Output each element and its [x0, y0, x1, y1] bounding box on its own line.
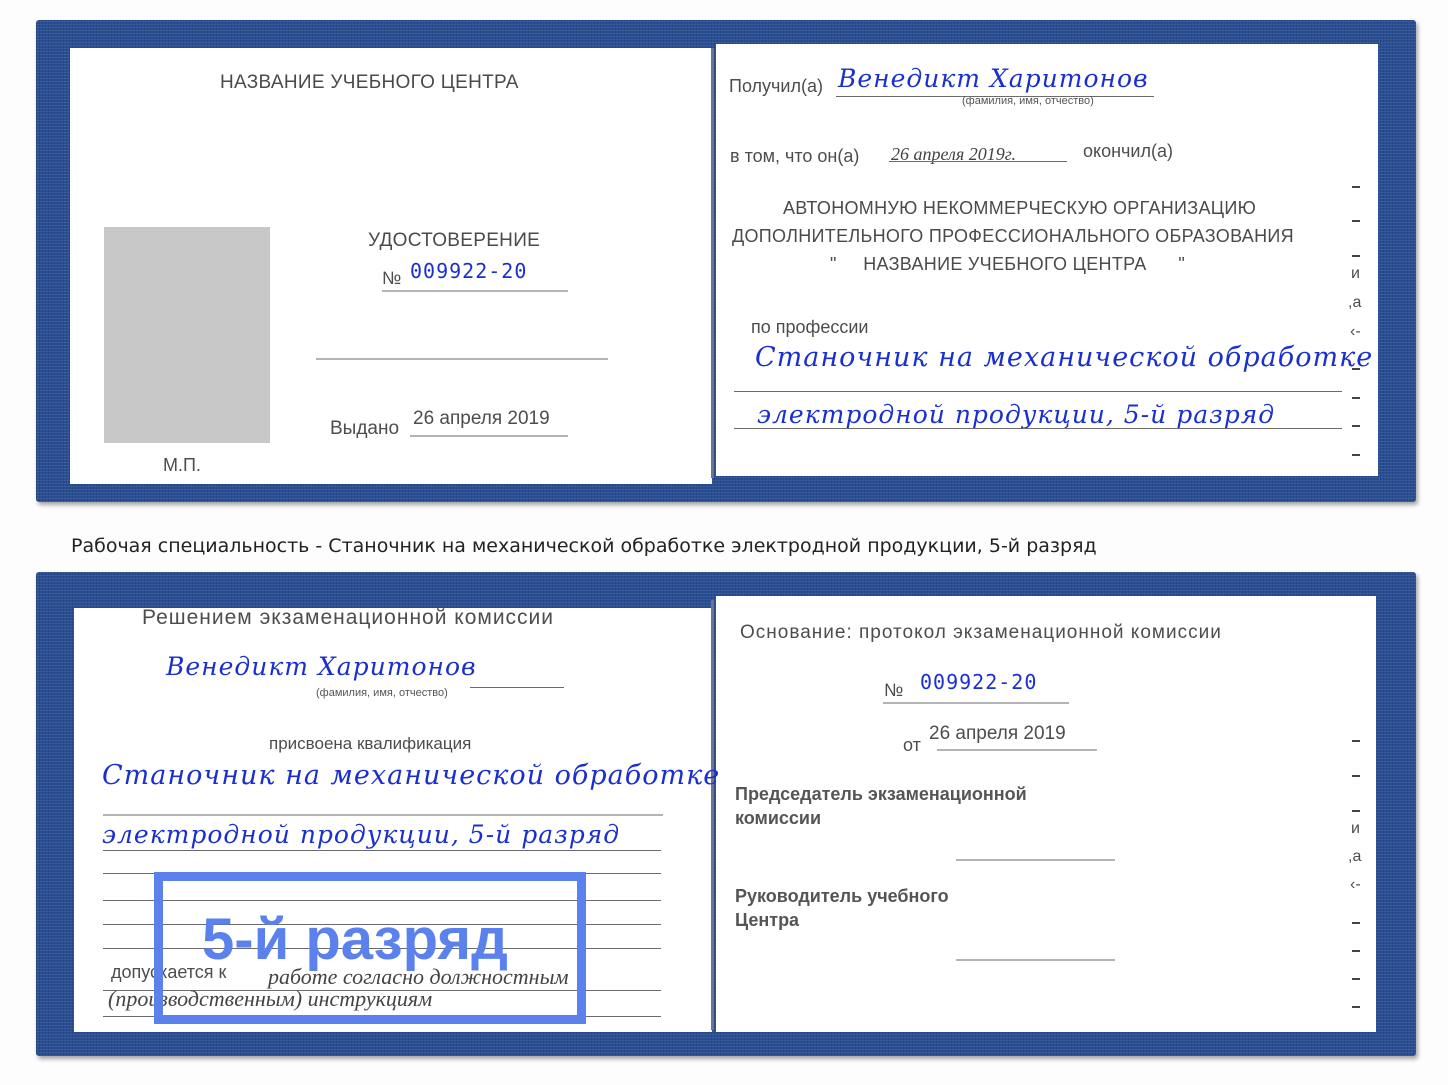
recipient-name: Венедикт Харитонов: [838, 64, 1149, 93]
edge-mark: [1352, 454, 1360, 456]
org-line-3: " НАЗВАНИЕ УЧЕБНОГО ЦЕНТРА ": [830, 254, 1185, 275]
grade-stamp-text: 5-й разряд: [202, 906, 508, 973]
edge-mark: [1352, 775, 1360, 777]
protocol-date: 26 апреля 2019: [929, 723, 1066, 745]
edge-mark: [1352, 922, 1360, 924]
edge-mark: [1352, 950, 1360, 952]
protocol-number-sign: №: [884, 680, 903, 701]
protocol-date-underline: [937, 749, 1097, 751]
qualification-line-1: Станочник на механической обработке: [102, 760, 720, 791]
name-hint: (фамилия, имя, отчество): [962, 95, 1094, 107]
certificate-number: 009922-20: [410, 259, 527, 283]
recipient-underline-2: [470, 687, 564, 688]
photo-placeholder: [104, 227, 270, 443]
received-label: Получил(а): [729, 76, 823, 97]
head-label-1: Руководитель учебного: [735, 886, 949, 907]
issued-underline: [410, 435, 568, 437]
qualification-line-2: электродной продукции, 5-й разряд: [102, 820, 620, 849]
edge-mark: [1352, 1006, 1360, 1008]
issued-label: Выдано: [330, 418, 399, 440]
edge-letter: ‹-: [1350, 323, 1361, 341]
completed-date-underline: [889, 161, 1067, 162]
edge-mark: [1352, 397, 1360, 399]
ruled-line: [103, 850, 661, 851]
head-label-2: Центра: [735, 910, 799, 931]
specialty-caption: Рабочая специальность - Станочник на мех…: [71, 532, 1101, 560]
protocol-number-underline: [883, 702, 1069, 704]
basis-title: Основание: протокол экзаменационной коми…: [740, 622, 1222, 644]
number-underline: [382, 290, 568, 292]
edge-mark: [1352, 186, 1360, 188]
edge-mark: [1352, 425, 1360, 427]
profession-label: по профессии: [751, 317, 868, 338]
edge-letter: и: [1351, 820, 1360, 838]
issued-date: 26 апреля 2019: [413, 408, 550, 430]
edge-mark: [1352, 368, 1360, 370]
completed-suffix: окончил(а): [1083, 141, 1173, 162]
number-sign: №: [382, 268, 401, 289]
edge-letter: и: [1351, 265, 1360, 283]
document-title: УДОСТОВЕРЕНИЕ: [368, 230, 540, 252]
profession-line-1: Станочник на механической обработке: [755, 342, 1373, 373]
qualification-label: присвоена квалификация: [269, 734, 471, 754]
recipient-name-2: Венедикт Харитонов: [166, 652, 477, 681]
edge-letter: ,а: [1348, 848, 1361, 866]
blank-line: [316, 358, 608, 360]
head-signature-line: [956, 959, 1115, 961]
chairman-label-1: Председатель экзаменационной: [735, 784, 1027, 805]
org-line-2: ДОПОЛНИТЕЛЬНОГО ПРОФЕССИОНАЛЬНОГО ОБРАЗО…: [732, 226, 1294, 247]
protocol-date-label: от: [903, 735, 921, 756]
profession-underline-2: [734, 428, 1342, 429]
edge-mark: [1352, 978, 1360, 980]
protocol-number: 009922-20: [920, 670, 1037, 694]
decision-title: Решением экзаменационной комиссии: [142, 606, 554, 630]
name-hint-2: (фамилия, имя, отчество): [316, 687, 448, 699]
chairman-label-2: комиссии: [735, 808, 821, 829]
card2-spine: [711, 600, 714, 1030]
edge-mark: [1352, 810, 1360, 812]
edge-mark: [1352, 220, 1360, 222]
stamp-place-label: М.П.: [163, 455, 201, 476]
profession-underline-1: [734, 391, 1342, 392]
edge-mark: [1352, 255, 1360, 257]
edge-letter: ‹-: [1350, 876, 1361, 894]
chairman-signature-line: [956, 859, 1115, 861]
org-line-1: АВТОНОМНУЮ НЕКОММЕРЧЕСКУЮ ОРГАНИЗАЦИЮ: [783, 198, 1256, 219]
training-center-name: НАЗВАНИЕ УЧЕБНОГО ЦЕНТРА: [220, 72, 519, 94]
edge-mark: [1352, 740, 1360, 742]
card1-spine: [711, 48, 714, 478]
edge-letter: ,а: [1348, 294, 1361, 312]
qualification-underline-1: [103, 814, 663, 816]
profession-line-2: электродной продукции, 5-й разряд: [757, 400, 1275, 429]
completed-prefix: в том, что он(а): [730, 146, 859, 167]
